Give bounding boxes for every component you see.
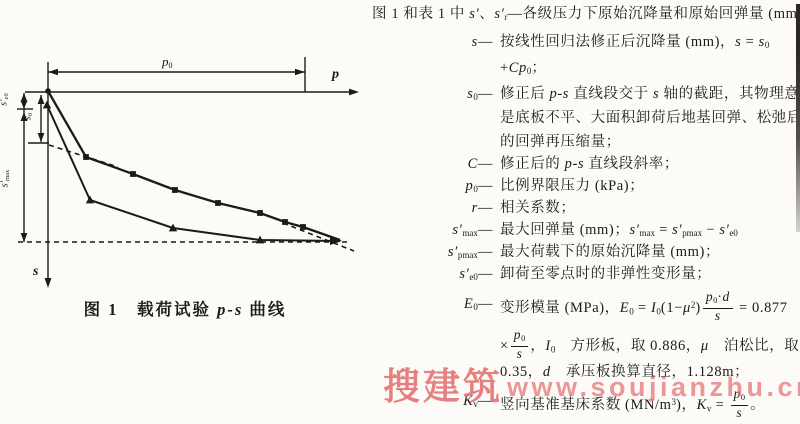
definition-text: 竖向基准基床系数 (MN/m3)，Kv = p0s。 [500, 386, 800, 420]
s0-dim-arrow-up [38, 95, 45, 104]
definition-text: +Cp0； [500, 58, 800, 81]
figure-caption: 图 1 载荷试验 p-s 曲线 [50, 296, 320, 320]
p-s-curve-plot [0, 0, 370, 340]
definition-row: 0.35，d 承压板换算直径，1.128m； [372, 362, 800, 386]
definitions-intro: 图 1 和表 1 中 s′、s′r—各级压力下原始沉降量和原始回弹量 (mm)； [372, 4, 800, 32]
symbol-definitions: 图 1 和表 1 中 s′、s′r—各级压力下原始沉降量和原始回弹量 (mm)；… [372, 4, 800, 420]
symbol: p0— [372, 176, 493, 199]
arrowheads [21, 69, 359, 288]
definition-row: s′max— 最大回弹量 (mm)；s′max = s′pmax − s′e0 [372, 220, 800, 242]
curve-layer [43, 91, 340, 243]
definition-text: 修正后的 p-s 直线段斜率； [500, 154, 800, 174]
p-axis-arrow [349, 89, 359, 96]
symbol: E0— [372, 294, 493, 317]
construction-dashed-lines [18, 145, 354, 251]
scanned-standard-page: p p0 s s′e0 s0 s′max 图 1 载荷试验 p-s 曲线 图 1… [0, 0, 800, 424]
definition-row: E0— 变形模量 (MPa)，E0 = I0(1−μ2)p0·ds = 0.87… [372, 286, 800, 326]
definition-row: C— 修正后的 p-s 直线段斜率； [372, 154, 800, 176]
definition-text: 修正后 p-s 直线段交于 s 轴的截距，其物理意义 [500, 84, 800, 104]
symbol: s— [372, 32, 493, 52]
s-axis-label: s [33, 265, 38, 278]
definition-text: 最大荷载下的原始沉降量 (mm)； [500, 242, 800, 262]
p-axis-label: p [332, 68, 339, 81]
definition-row: ×p0s，I0 方形板，取 0.886，μ 泊松比，取 [372, 326, 800, 362]
figure-1-load-test-chart: p p0 s s′e0 s0 s′max 图 1 载荷试验 p-s 曲线 [0, 0, 370, 340]
s0-dim-arrow-down [38, 133, 45, 142]
definition-row: Kv— 竖向基准基床系数 (MN/m3)，Kv = p0s。 [372, 386, 800, 420]
symbol: s′pmax— [372, 242, 493, 265]
definition-text: 的回弹再压缩量； [500, 132, 800, 152]
symbol: s′max— [372, 220, 493, 243]
smax-dimension-label: s′max [0, 160, 13, 198]
se0-dimension-label: s′e0 [0, 85, 13, 115]
p0-dimension-label: p0 [162, 55, 173, 72]
definition-text: 卸荷至零点时的非弹性变形量； [500, 264, 800, 284]
definition-row: s′pmax— 最大荷载下的原始沉降量 (mm)； [372, 242, 800, 264]
definition-text: 是底板不平、大面积卸荷后地基回弹、松弛后 [500, 108, 800, 128]
definition-text: 相关系数； [500, 198, 800, 218]
definition-text: 最大回弹量 (mm)；s′max = s′pmax − s′e0 [500, 220, 800, 243]
symbol: s0— [372, 84, 493, 107]
symbol: C— [372, 154, 493, 174]
definition-row: 是底板不平、大面积卸荷后地基回弹、松弛后 [372, 108, 800, 132]
p0-dim-arrow-left [48, 69, 58, 75]
definition-text: ×p0s，I0 方形板，取 0.886，μ 泊松比，取 [500, 327, 800, 361]
s0-dimension-label: s0 [23, 104, 36, 130]
definition-row: 的回弹再压缩量； [372, 132, 800, 154]
definition-row: r— 相关系数； [372, 198, 800, 220]
symbol: Kv— [372, 391, 493, 414]
s-axis-arrow [45, 278, 52, 288]
definition-text: 变形模量 (MPa)，E0 = I0(1−μ2)p0·ds = 0.877 [500, 289, 800, 323]
definition-row: +Cp0； [372, 58, 800, 84]
definition-text: 按线性回归法修正后沉降量 (mm)，s = s0 [500, 32, 800, 55]
definition-text: 0.35，d 承压板换算直径，1.128m； [500, 362, 800, 382]
definition-row: p0— 比例界限压力 (kPa)； [372, 176, 800, 198]
definition-text: 比例界限压力 (kPa)； [500, 176, 800, 196]
symbol: s′e0— [372, 264, 493, 287]
symbol: r— [372, 198, 493, 218]
scan-edge-artifact [796, 4, 800, 232]
smax-dim-arrow-down [21, 233, 28, 242]
definition-row: s′e0— 卸荷至零点时的非弹性变形量； [372, 264, 800, 286]
definition-row: s— 按线性回归法修正后沉降量 (mm)，s = s0 [372, 32, 800, 58]
p0-dim-arrow-right [295, 69, 305, 75]
definition-row: s0— 修正后 p-s 直线段交于 s 轴的截距，其物理意义 [372, 84, 800, 108]
